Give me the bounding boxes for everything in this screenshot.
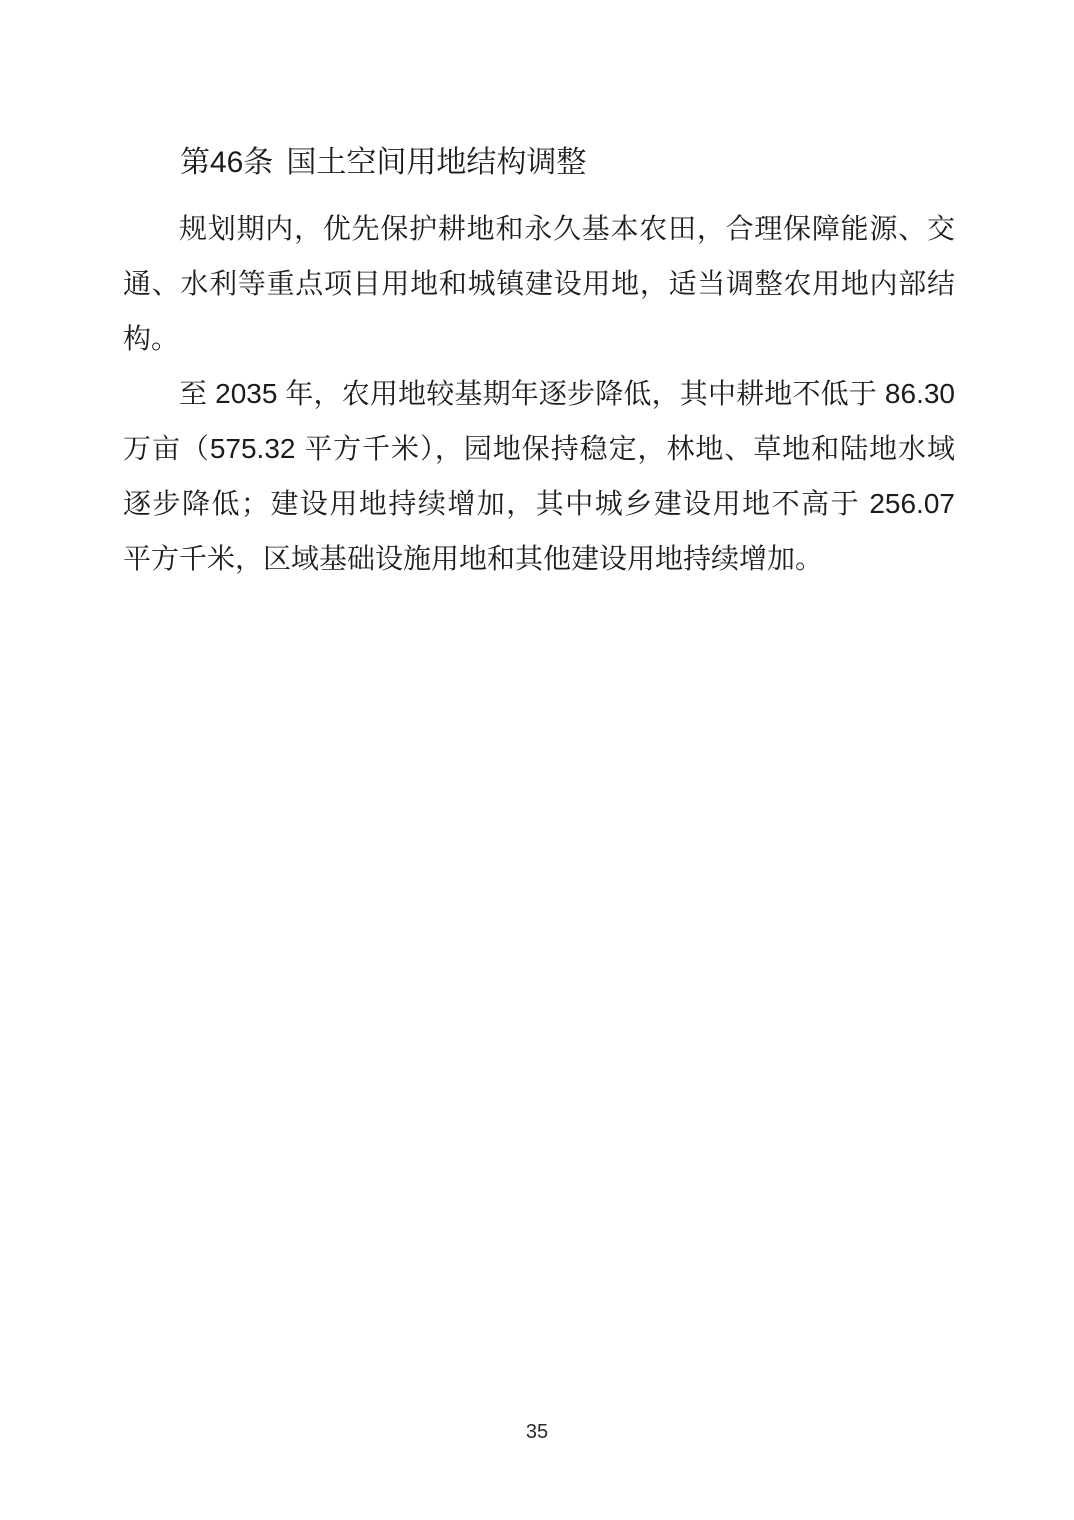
paragraph-1-line-1: 规划期内，优先保护耕地和永久基本农田，合理保障能源、交 [123, 201, 955, 256]
section-number: 第46条 [180, 146, 273, 179]
section-title: 国土空间用地结构调整 [286, 146, 586, 179]
paragraph-1-line-2: 通、水利等重点项目用地和城镇建设用地，适当调整农用地内部结 [123, 256, 955, 311]
paragraph-2-line-2: 万亩（575.32 平方千米），园地保持稳定，林地、草地和陆地水域 [123, 421, 955, 476]
section-heading: 第46条国土空间用地结构调整 [123, 135, 955, 190]
paragraph-2-line-4: 平方千米，区域基础设施用地和其他建设用地持续增加。 [123, 531, 955, 586]
paragraph-1-line-3: 构。 [123, 311, 955, 366]
paragraph-1: 规划期内，优先保护耕地和永久基本农田，合理保障能源、交 通、水利等重点项目用地和… [123, 201, 955, 366]
paragraph-2-line-1: 至 2035 年，农用地较基期年逐步降低，其中耕地不低于 86.30 [123, 366, 955, 421]
paragraph-2: 至 2035 年，农用地较基期年逐步降低，其中耕地不低于 86.30 万亩（57… [123, 366, 955, 586]
page-number: 35 [0, 1422, 1074, 1442]
paragraph-2-line-3: 逐步降低；建设用地持续增加，其中城乡建设用地不高于 256.07 [123, 476, 955, 531]
document-page: 第46条国土空间用地结构调整 规划期内，优先保护耕地和永久基本农田，合理保障能源… [0, 0, 1074, 1520]
